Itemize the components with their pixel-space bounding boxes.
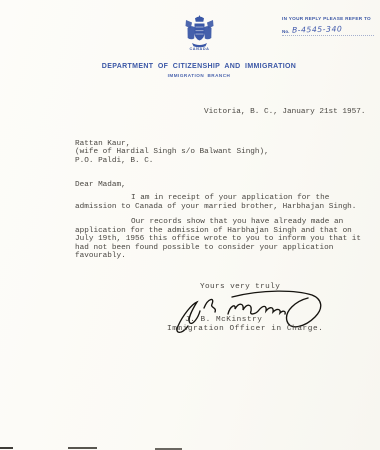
- signer-name: J. B. McKinstry: [185, 316, 262, 325]
- paragraph-1: I am in receipt of your application for …: [75, 194, 356, 211]
- canada-coat-of-arms-icon: [183, 15, 216, 48]
- reference-prefix: No.: [282, 29, 289, 34]
- letter-page: IN YOUR REPLY PLEASE REFER TO No. B-4545…: [0, 0, 380, 450]
- recipient-line: Rattan Kaur,: [75, 140, 269, 148]
- scan-artifact: [155, 448, 182, 450]
- body-line: had not been found possible to consider …: [75, 244, 361, 253]
- department-name: DEPARTMENT OF CITIZENSHIP AND IMMIGRATIO…: [60, 63, 338, 70]
- body-line: July 19th, 1956 this office wrote to you…: [75, 235, 361, 244]
- reference-number: B-4545-340: [292, 24, 343, 34]
- body-line: I am in receipt of your application for …: [131, 194, 356, 203]
- paragraph-2: Our records show that you have already m…: [75, 218, 361, 261]
- body-line: favourably.: [75, 252, 361, 261]
- recipient-block: Rattan Kaur, (wife of Hardial Singh s/o …: [75, 140, 269, 165]
- scan-artifact: [68, 447, 97, 449]
- salutation: Dear Madam,: [75, 181, 126, 190]
- reply-instruction: IN YOUR REPLY PLEASE REFER TO: [282, 16, 378, 21]
- body-line: Our records show that you have already m…: [131, 218, 361, 227]
- dateline: Victoria, B. C., January 21st 1957.: [204, 108, 365, 117]
- reference-block: IN YOUR REPLY PLEASE REFER TO No. B-4545…: [282, 16, 378, 36]
- crest-caption: CANADA: [181, 47, 218, 51]
- body-line: application for the admission of Harbhaj…: [75, 227, 361, 236]
- recipient-line: P.O. Paldi, B. C.: [75, 157, 269, 165]
- branch-name: IMMIGRATION BRANCH: [60, 73, 338, 78]
- scan-artifact: [0, 447, 13, 449]
- reference-line: No. B-4545-340: [282, 25, 374, 36]
- signer-title: Immigration Officer in Charge.: [167, 325, 323, 334]
- body-line: admission to Canada of your married brot…: [75, 203, 356, 212]
- recipient-line: (wife of Hardial Singh s/o Balwant Singh…: [75, 148, 269, 156]
